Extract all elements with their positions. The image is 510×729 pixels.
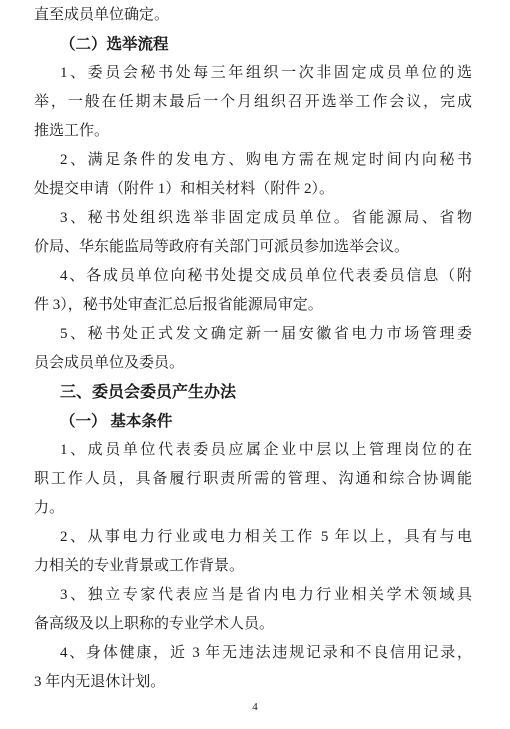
paragraph-condition-1-line: 职工作人员，具备履行职责所需的管理、沟通和综合协调能 [34, 465, 472, 494]
paragraph-election-step-3-line: 3、秘书处组织选举非固定成员单位。省能源局、省物 [34, 204, 472, 233]
paragraph-election-step-2-line: 2、满足条件的发电方、购电方需在规定时间内向秘书 [34, 146, 472, 175]
paragraph-election-step-5-line: 5、秘书处正式发文确定新一届安徽省电力市场管理委 [34, 320, 472, 349]
paragraph-condition-2-line: 2、从事电力行业或电力相关工作 5 年以上，具有与电 [34, 523, 472, 552]
paragraph-condition-4-line: 3 年内无退休计划。 [34, 668, 472, 697]
paragraph-condition-4-line: 4、身体健康，近 3 年无违法违规记录和不良信用记录， [34, 639, 472, 668]
heading-election-process-line: （二）选举流程 [34, 30, 472, 59]
document-page: 直至成员单位确定。（二）选举流程1、委员会秘书处每三年组织一次非固定成员单位的选… [0, 0, 510, 729]
paragraph-election-step-1-line: 1、委员会秘书处每三年组织一次非固定成员单位的选 [34, 59, 472, 88]
paragraph-election-step-3-line: 价局、华东能监局等政府有关部门可派员参加选举会议。 [34, 233, 472, 262]
paragraph-election-step-1-line: 举，一般在任期末最后一个月组织召开选举工作会议，完成 [34, 88, 472, 117]
paragraph-condition-3-line: 3、独立专家代表应当是省内电力行业相关学术领域具 [34, 581, 472, 610]
paragraph-election-step-2-line: 处提交申请（附件 1）和相关材料（附件 2）。 [34, 175, 472, 204]
paragraph-election-step-4-line: 4、各成员单位向秘书处提交成员单位代表委员信息（附 [34, 262, 472, 291]
heading-chapter-3-line: 三、委员会委员产生办法 [34, 378, 472, 407]
paragraph-continuation-line: 直至成员单位确定。 [34, 1, 472, 30]
paragraph-condition-1-line: 1、成员单位代表委员应属企业中层以上管理岗位的在 [34, 436, 472, 465]
paragraph-condition-1-line: 力。 [34, 494, 472, 523]
heading-basic-conditions-line: （一） 基本条件 [34, 407, 472, 436]
paragraph-election-step-5-line: 员会成员单位及委员。 [34, 349, 472, 378]
paragraph-condition-3-line: 备高级及以上职称的专业学术人员。 [34, 610, 472, 639]
paragraph-condition-2-line: 力相关的专业背景或工作背景。 [34, 552, 472, 581]
paragraph-election-step-4-line: 件 3），秘书处审查汇总后报省能源局审定。 [34, 291, 472, 320]
paragraph-election-step-1-line: 推选工作。 [34, 117, 472, 146]
page-number: 4 [0, 701, 510, 713]
page-body: 直至成员单位确定。（二）选举流程1、委员会秘书处每三年组织一次非固定成员单位的选… [34, 1, 472, 697]
